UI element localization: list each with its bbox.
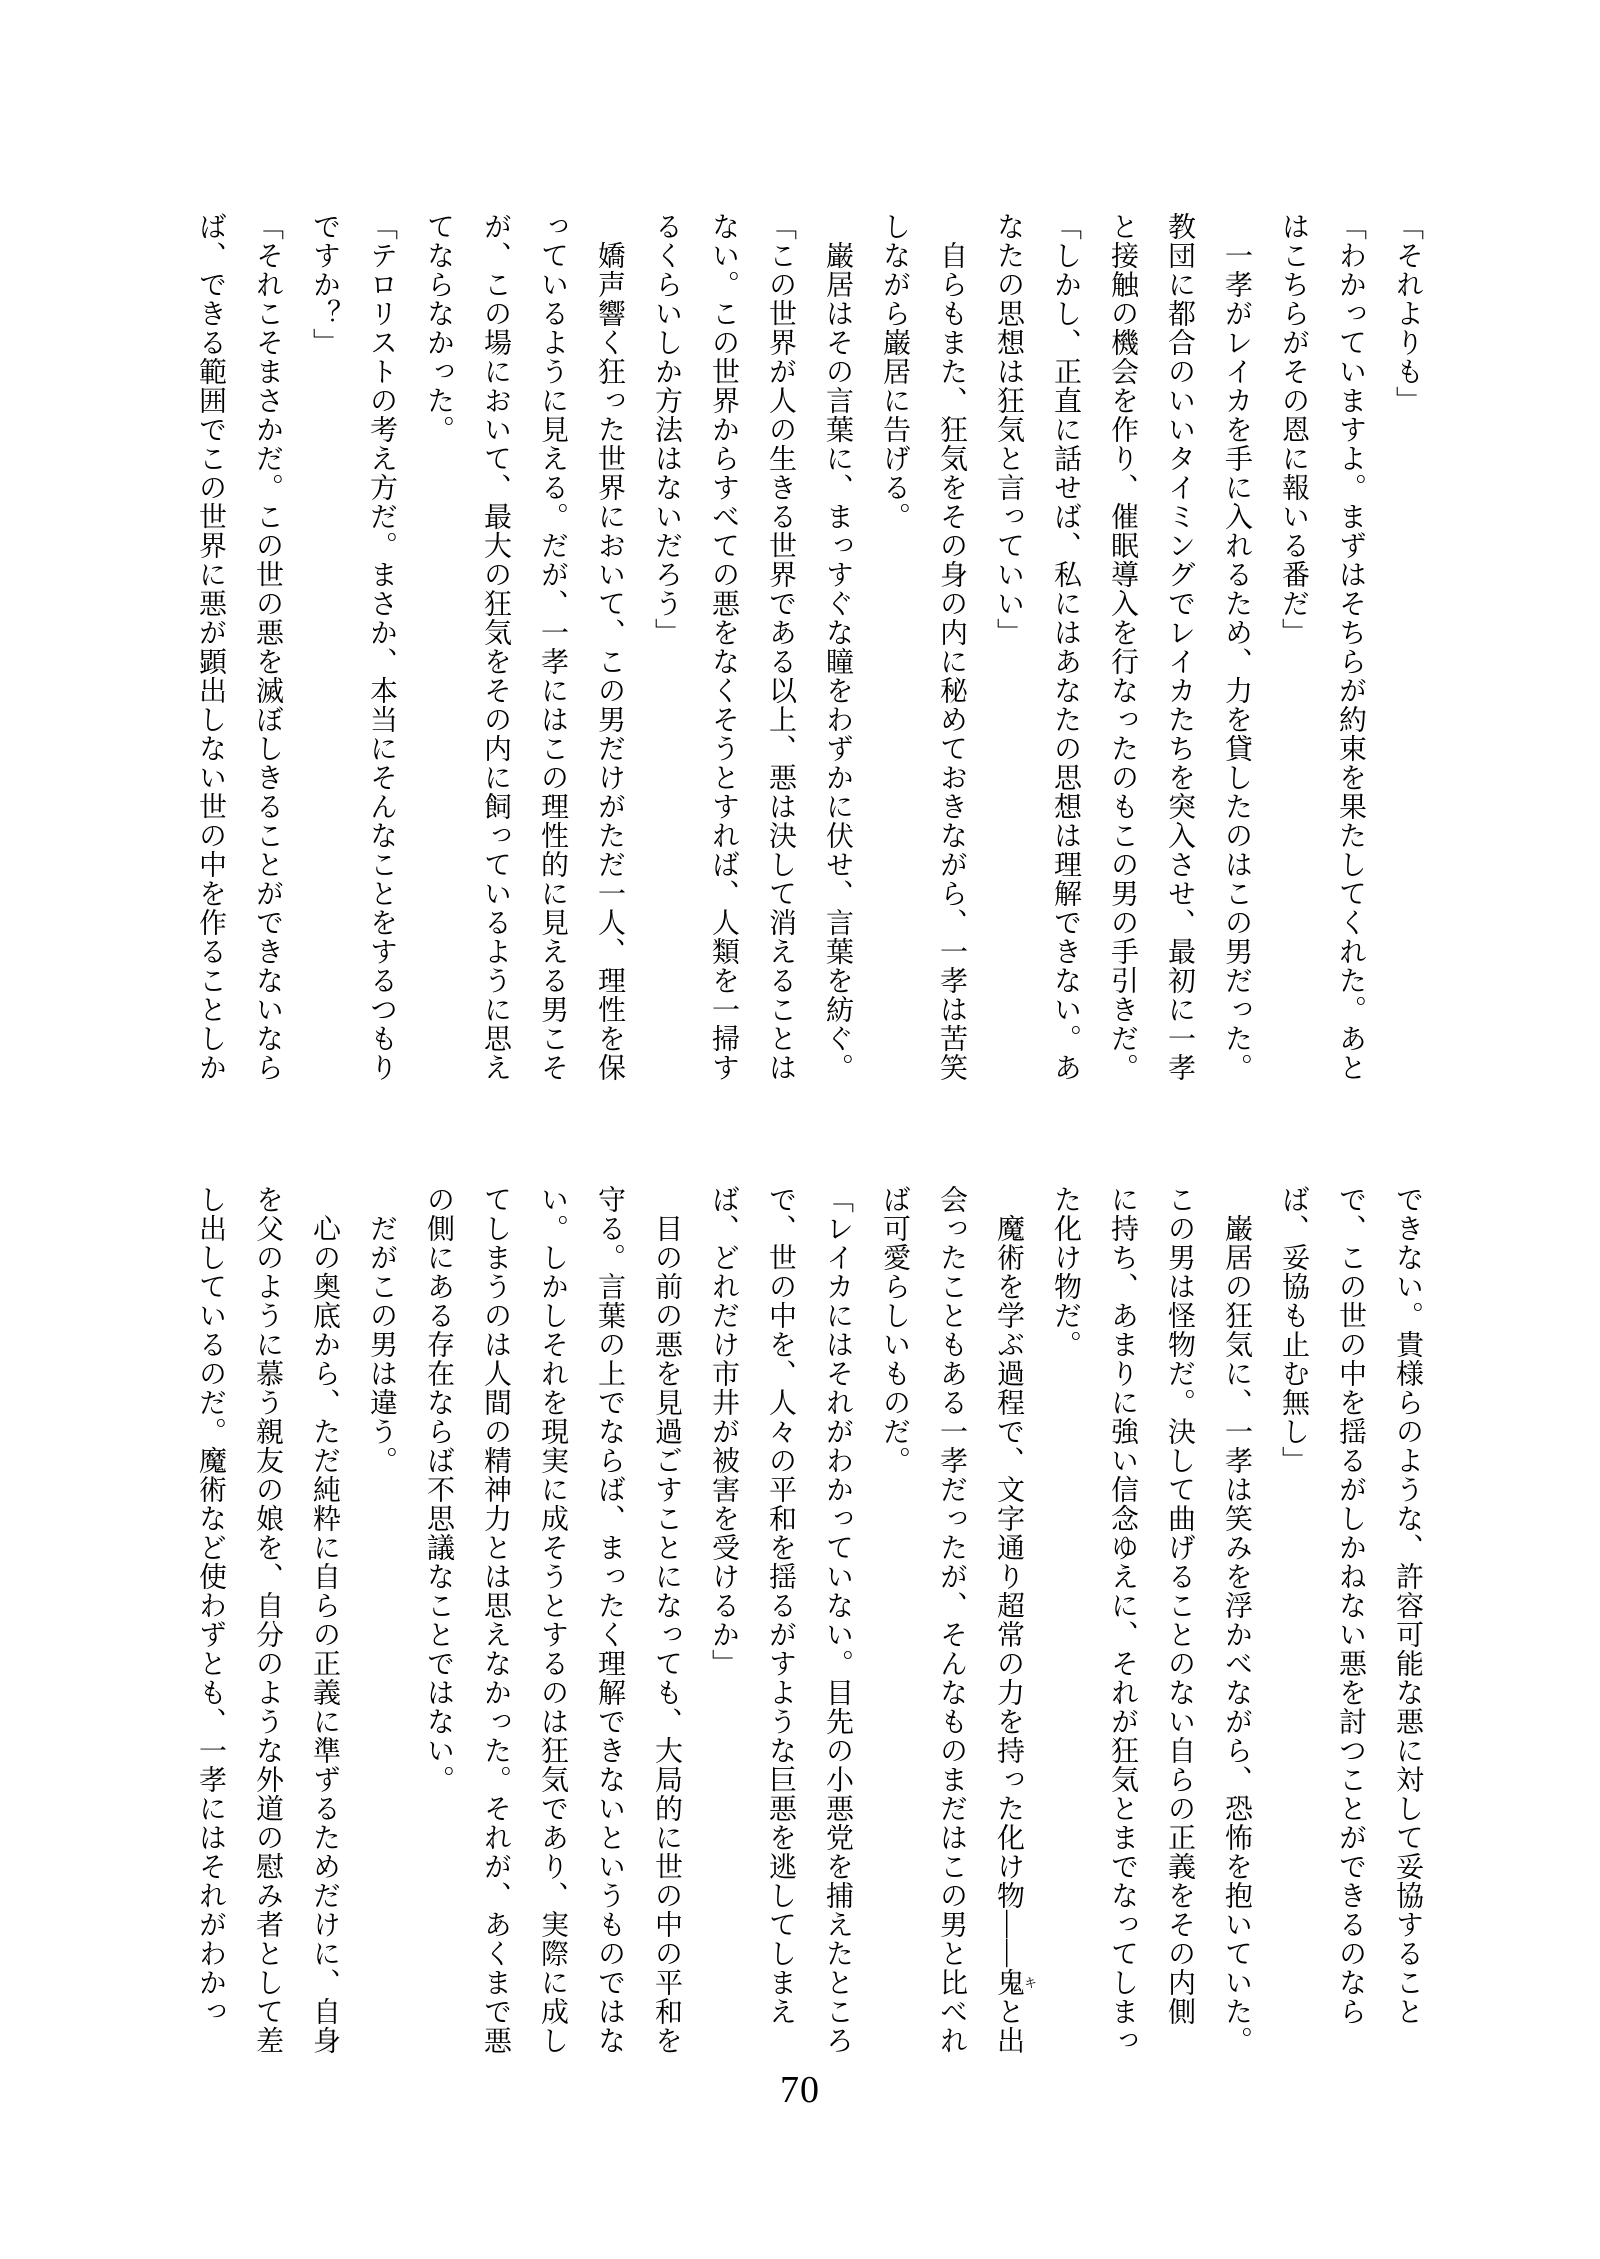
text-column: の側にある存在ならば不思議なことではない。: [410, 1185, 467, 2055]
book-page: 「それよりも」「わかっていますよ。まずはそちらが約束を果たしてくれた。あとはこち…: [0, 0, 1600, 2259]
text-column: 教団に都合のいいタイミングでレイカたちを突入させ、最初に一孝: [1151, 212, 1208, 1082]
text-column: 目の前の悪を見過ごすことになっても、大局的に世の中の平和を: [638, 1185, 695, 2055]
text-column: るくらいしか方法はないだろう」: [638, 212, 695, 1082]
text-column: ば、妥協も止む無し」: [1265, 1185, 1322, 2055]
text-column: 自らもまた、狂気をその身の内に秘めておきながら、一孝は苦笑: [923, 212, 980, 1082]
text-column: ば、できる範囲でこの世界に悪が顕出しない世の中を作ることしか: [182, 212, 239, 1082]
text-column: だがこの男は違う。: [353, 1185, 410, 2055]
text-column: ですか？」: [296, 212, 353, 1082]
text-column: 巌居はその言葉に、まっすぐな瞳をわずかに伏せ、言葉を紡ぐ。: [809, 212, 866, 1082]
text-column: に持ち、あまりに強い信念ゆえに、それが狂気とまでなってしまっ: [1094, 1185, 1151, 2055]
page-number: 70: [0, 2068, 1600, 2112]
text-column: てならなかった。: [410, 212, 467, 1082]
text-column: が、この場において、最大の狂気をその内に飼っているように思え: [467, 212, 524, 1082]
text-column: と接触の機会を作り、催眠導入を行なったのもこの男の手引きだ。: [1094, 212, 1151, 1082]
upper-text-block: 「それよりも」「わかっていますよ。まずはそちらが約束を果たしてくれた。あとはこち…: [182, 212, 1436, 1082]
text-column: い。しかしそれを現実に成そうとするのは狂気であり、実際に成し: [524, 1185, 581, 2055]
text-column: なたの思想は狂気と言っていい」: [980, 212, 1037, 1082]
text-column: 魔術を学ぶ過程で、文字通り超常の力を持った化け物――鬼キと出: [980, 1185, 1037, 2055]
text-column: 一孝がレイカを手に入れるため、力を貸したのはこの男だった。: [1208, 212, 1265, 1082]
text-column: 「この世界が人の生きる世界である以上、悪は決して消えることは: [752, 212, 809, 1082]
text-column: 「しかし、正直に話せば、私にはあなたの思想は理解できない。あ: [1037, 212, 1094, 1082]
text-column: し出しているのだ。魔術など使わずとも、一孝にはそれがわかっ: [182, 1185, 239, 2055]
text-column: 「テロリストの考え方だ。まさか、本当にそんなことをするつもり: [353, 212, 410, 1082]
text-column: はこちらがその恩に報いる番だ」: [1265, 212, 1322, 1082]
text-column: ない。この世界からすべての悪をなくそうとすれば、人類を一掃す: [695, 212, 752, 1082]
text-column: 「それこそまさかだ。この世の悪を滅ぼしきることができないなら: [239, 212, 296, 1082]
text-column: 会ったこともある一孝だったが、そんなものまだはこの男と比べれ: [923, 1185, 980, 2055]
text-column: ば可愛らしいものだ。: [866, 1185, 923, 2055]
text-column: で、世の中を、人々の平和を揺るがすような巨悪を逃してしまえ: [752, 1185, 809, 2055]
text-column: しながら巌居に告げる。: [866, 212, 923, 1082]
text-column: 守る。言葉の上でならば、まったく理解できないというものではな: [581, 1185, 638, 2055]
text-column: を父のように慕う親友の娘を、自分のような外道の慰み者として差: [239, 1185, 296, 2055]
text-column: 心の奥底から、ただ純粋に自らの正義に準ずるためだけに、自身: [296, 1185, 353, 2055]
lower-text-block: できない。貴様らのような、許容可能な悪に対して妥協することで、この世の中を揺るが…: [182, 1185, 1436, 2055]
ruby-annotation: 鬼キ: [993, 1968, 1024, 1997]
text-column: 「それよりも」: [1379, 212, 1436, 1082]
text-column: っているように見える。だが、一孝にはこの理性的に見える男こそ: [524, 212, 581, 1082]
text-column: た化け物だ。: [1037, 1185, 1094, 2055]
text-column: 巌居の狂気に、一孝は笑みを浮かべながら、恐怖を抱いていた。: [1208, 1185, 1265, 2055]
text-column: できない。貴様らのような、許容可能な悪に対して妥協すること: [1379, 1185, 1436, 2055]
text-column: 「レイカにはそれがわかっていない。目先の小悪党を捕えたところ: [809, 1185, 866, 2055]
text-column: で、この世の中を揺るがしかねない悪を討つことができるのなら: [1322, 1185, 1379, 2055]
text-column: ば、どれだけ市井が被害を受けるか」: [695, 1185, 752, 2055]
text-column: この男は怪物だ。決して曲げることのない自らの正義をその内側: [1151, 1185, 1208, 2055]
text-column: 嬌声響く狂った世界において、この男だけがただ一人、理性を保: [581, 212, 638, 1082]
text-column: 「わかっていますよ。まずはそちらが約束を果たしてくれた。あと: [1322, 212, 1379, 1082]
text-column: てしまうのは人間の精神力とは思えなかった。それが、あくまで悪: [467, 1185, 524, 2055]
